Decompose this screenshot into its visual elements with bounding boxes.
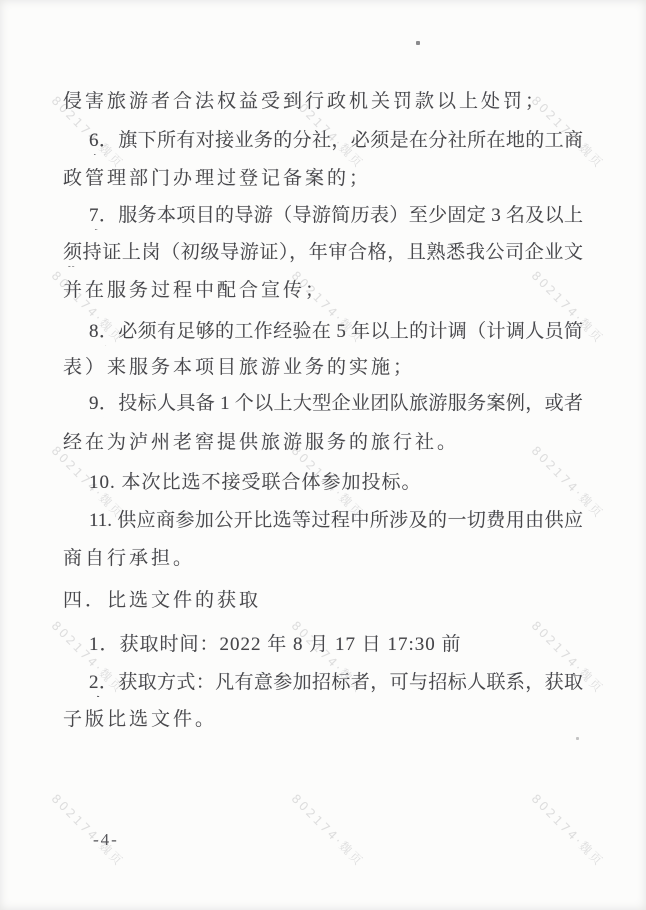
text-line: 四．比选文件的获取 — [63, 589, 583, 613]
text-line: 商自行承担。 — [63, 547, 583, 571]
text-line: 1．获取时间：2022 年 8 月 17 日 17:30 前 — [63, 633, 583, 657]
text-line: 经在为泸州老窖提供旅游服务的旅行社。 — [63, 431, 583, 455]
text-line: 侵害旅游者合法权益受到行政机关罚款以上处罚； — [63, 90, 583, 114]
text-line: 政管理部门办理过登记备案的； — [63, 167, 583, 191]
scan-speck — [576, 737, 579, 740]
text-line: 子版比选文件。 — [63, 708, 583, 732]
text-line: 6．旗下所有对接业务的分社，必须是在分社所在地的工商行 — [63, 129, 583, 155]
text-line: 9．投标人具备 1 个以上大型企业团队旅游服务案例，或者已 — [63, 392, 583, 418]
text-line: 2．获取方式：凡有意参加招标者，可与招标人联系，获取电 — [63, 671, 583, 697]
text-line: 须持证上岗（初级导游证），年审合格，且熟悉我公司企业文化 — [63, 241, 583, 267]
text-line: 7．服务本项目的导游（导游简历表）至少固定 3 名及以上必 — [63, 204, 583, 230]
watermark-text: 802174·魏页 — [288, 790, 368, 870]
page-number: -4- — [93, 830, 119, 850]
scan-speck — [416, 41, 420, 45]
text-line: 11. 供应商参加公开比选等过程中所涉及的一切费用由供应 — [63, 509, 583, 535]
document-page: 802174·魏页 802174·魏页 802174·魏页 802174·魏页 … — [0, 0, 646, 910]
text-line: 8．必须有足够的工作经验在 5 年以上的计调（计调人员简历 — [63, 320, 583, 346]
text-line: 并在服务过程中配合宣传； — [63, 279, 583, 303]
watermark-text: 802174·魏页 — [528, 790, 608, 870]
text-line: 10. 本次比选不接受联合体参加投标。 — [63, 471, 583, 495]
text-line: 表）来服务本项目旅游业务的实施； — [63, 356, 583, 380]
